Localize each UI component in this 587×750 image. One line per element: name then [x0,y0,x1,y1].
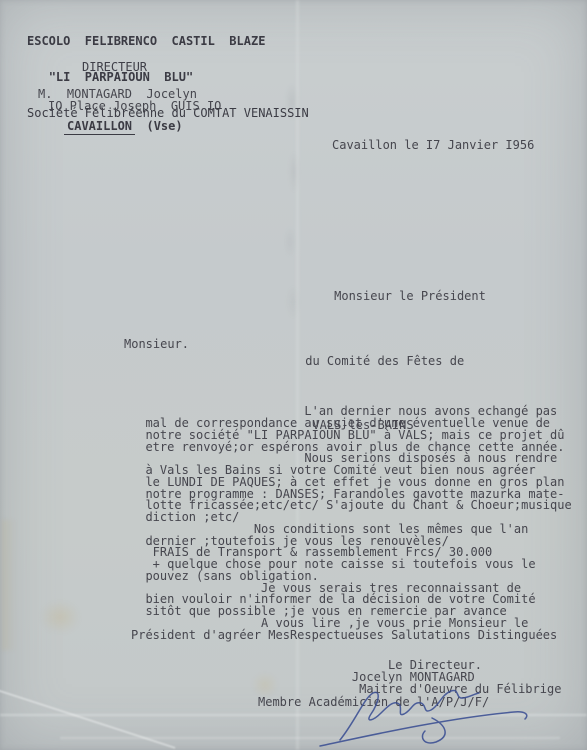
city-underlined: CAVAILLON [64,119,135,135]
letter-page: ESCOLO FELIBRENCO CASTIL BLAZE "LI PARPA… [0,0,587,750]
dateline: Cavaillon le I7 Janvier I956 [332,138,534,152]
paper-stain [2,520,16,650]
recipient-line: Monsieur le Président [298,286,486,308]
corner-crease [0,685,175,749]
director-address: IO Place Joseph GUIS IO [48,99,221,113]
letterhead-society-name: ESCOLO FELIBRENCO CASTIL BLAZE [27,35,309,47]
letterhead-role: DIRECTEUR [82,60,147,74]
letterhead-society-subname: "LI PARPAIOUN BLU" [27,71,309,83]
letter-body: L'an dernier nous avons echangé pas mal … [131,371,572,641]
paper-stain [40,600,80,634]
director-city: CAVAILLON (Vse) [67,119,183,133]
handwritten-signature-scrawl [312,676,548,750]
salutation: Monsieur. [124,337,189,351]
city-suffix: (Vse) [132,119,183,133]
recipient-line: du Comité des Fêtes de [298,351,486,373]
